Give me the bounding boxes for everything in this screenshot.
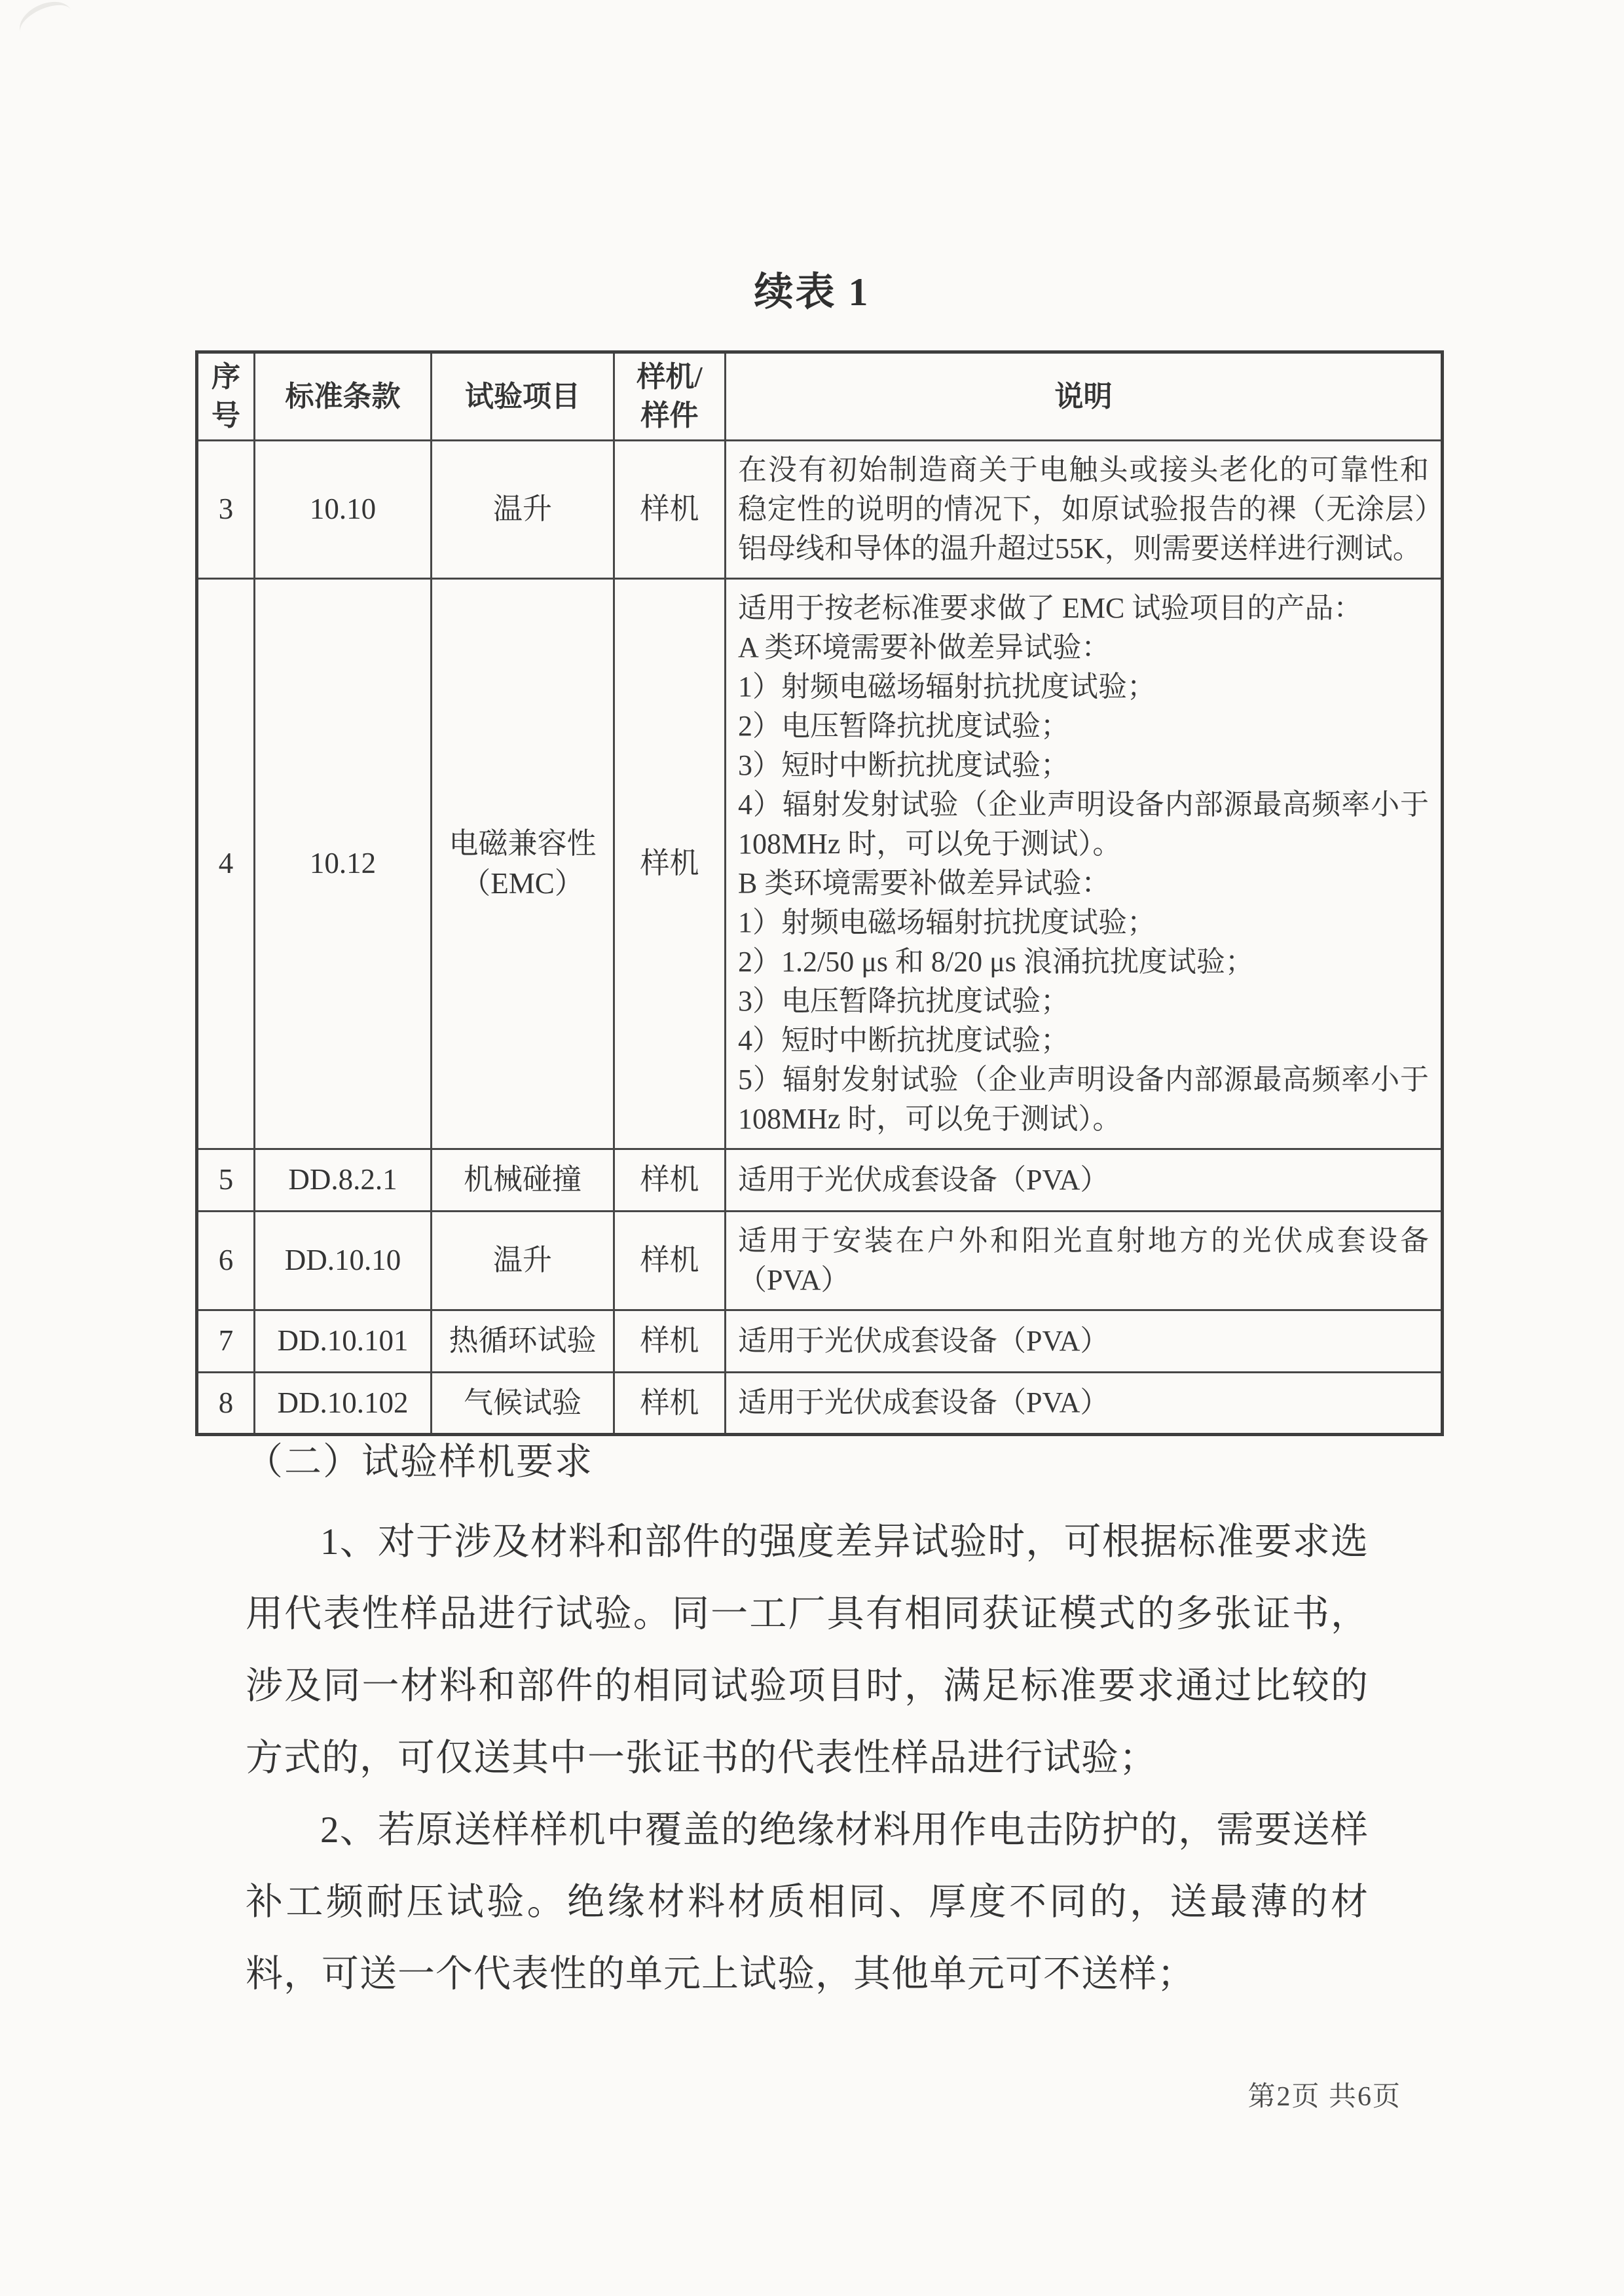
document-title: 续表 1 [0,261,1624,317]
cell-description: 在没有初始制造商关于电触头或接头老化的可靠性和稳定性的说明的情况下，如原试验报告… [726,440,1443,578]
page-number: 第2页 共6页 [1247,2075,1401,2114]
paragraph: 2、若原送样样机中覆盖的绝缘材料用作电击防护的，需要送样补工频耐压试验。绝缘材料… [246,1794,1369,2010]
table-row: 8 DD.10.102 气候试验 样机 适用于光伏成套设备（PVA） [197,1372,1443,1434]
table-row: 6 DD.10.10 温升 样机 适用于安装在户外和阳光直射地方的光伏成套设备（… [197,1211,1443,1310]
cell-clause: DD.10.101 [255,1310,432,1372]
column-header-no: 序号 [197,352,255,441]
cell-sample: 样机 [614,578,726,1149]
cell-no: 3 [197,440,255,578]
cell-test-item: 热循环试验 [432,1310,614,1372]
cell-sample: 样机 [614,1310,726,1372]
cell-no: 6 [197,1211,255,1310]
test-items-table: 序号 标准条款 试验项目 样机/样件 说明 3 10.10 温升 样机 在没有初… [195,350,1444,1436]
cell-description: 适用于安装在户外和阳光直射地方的光伏成套设备（PVA） [726,1211,1443,1310]
cell-sample: 样机 [614,1372,726,1434]
cell-test-item: 机械碰撞 [432,1149,614,1211]
cell-sample: 样机 [614,440,726,578]
cell-description: 适用于光伏成套设备（PVA） [726,1372,1443,1434]
cell-description: 适用于按老标准要求做了 EMC 试验项目的产品： A 类环境需要补做差异试验： … [726,578,1443,1149]
cell-clause: DD.8.2.1 [255,1149,432,1211]
cell-clause: DD.10.10 [255,1211,432,1310]
column-header-description: 说明 [726,352,1443,441]
cell-clause: 10.10 [255,440,432,578]
cell-clause: DD.10.102 [255,1372,432,1434]
table-header-row: 序号 标准条款 试验项目 样机/样件 说明 [197,352,1443,441]
cell-no: 7 [197,1310,255,1372]
cell-clause: 10.12 [255,578,432,1149]
column-header-clause: 标准条款 [255,352,432,441]
cell-no: 4 [197,578,255,1149]
section-heading: （二）试验样机要求 [246,1426,1369,1498]
paragraph: 1、对于涉及材料和部件的强度差异试验时，可根据标准要求选用代表性样品进行试验。同… [246,1506,1369,1794]
table-row: 4 10.12 电磁兼容性 （EMC） 样机 适用于按老标准要求做了 EMC 试… [197,578,1443,1149]
table-row: 7 DD.10.101 热循环试验 样机 适用于光伏成套设备（PVA） [197,1310,1443,1372]
cell-test-item: 温升 [432,1211,614,1310]
cell-description: 适用于光伏成套设备（PVA） [726,1149,1443,1211]
cell-test-item: 温升 [432,440,614,578]
cell-description: 适用于光伏成套设备（PVA） [726,1310,1443,1372]
scanned-document-page: 续表 1 序号 标准条款 试验项目 样机/样件 说明 3 10.10 温升 样机 [0,0,1624,2296]
body-text-block: （二）试验样机要求 1、对于涉及材料和部件的强度差异试验时，可根据标准要求选用代… [246,1426,1369,2010]
table-row: 3 10.10 温升 样机 在没有初始制造商关于电触头或接头老化的可靠性和稳定性… [197,440,1443,578]
cell-sample: 样机 [614,1211,726,1310]
table-row: 5 DD.8.2.1 机械碰撞 样机 适用于光伏成套设备（PVA） [197,1149,1443,1211]
column-header-test-item: 试验项目 [432,352,614,441]
cell-no: 5 [197,1149,255,1211]
scan-artifact [14,0,78,48]
cell-sample: 样机 [614,1149,726,1211]
cell-test-item: 电磁兼容性 （EMC） [432,578,614,1149]
cell-test-item: 气候试验 [432,1372,614,1434]
column-header-sample: 样机/样件 [614,352,726,441]
cell-no: 8 [197,1372,255,1434]
